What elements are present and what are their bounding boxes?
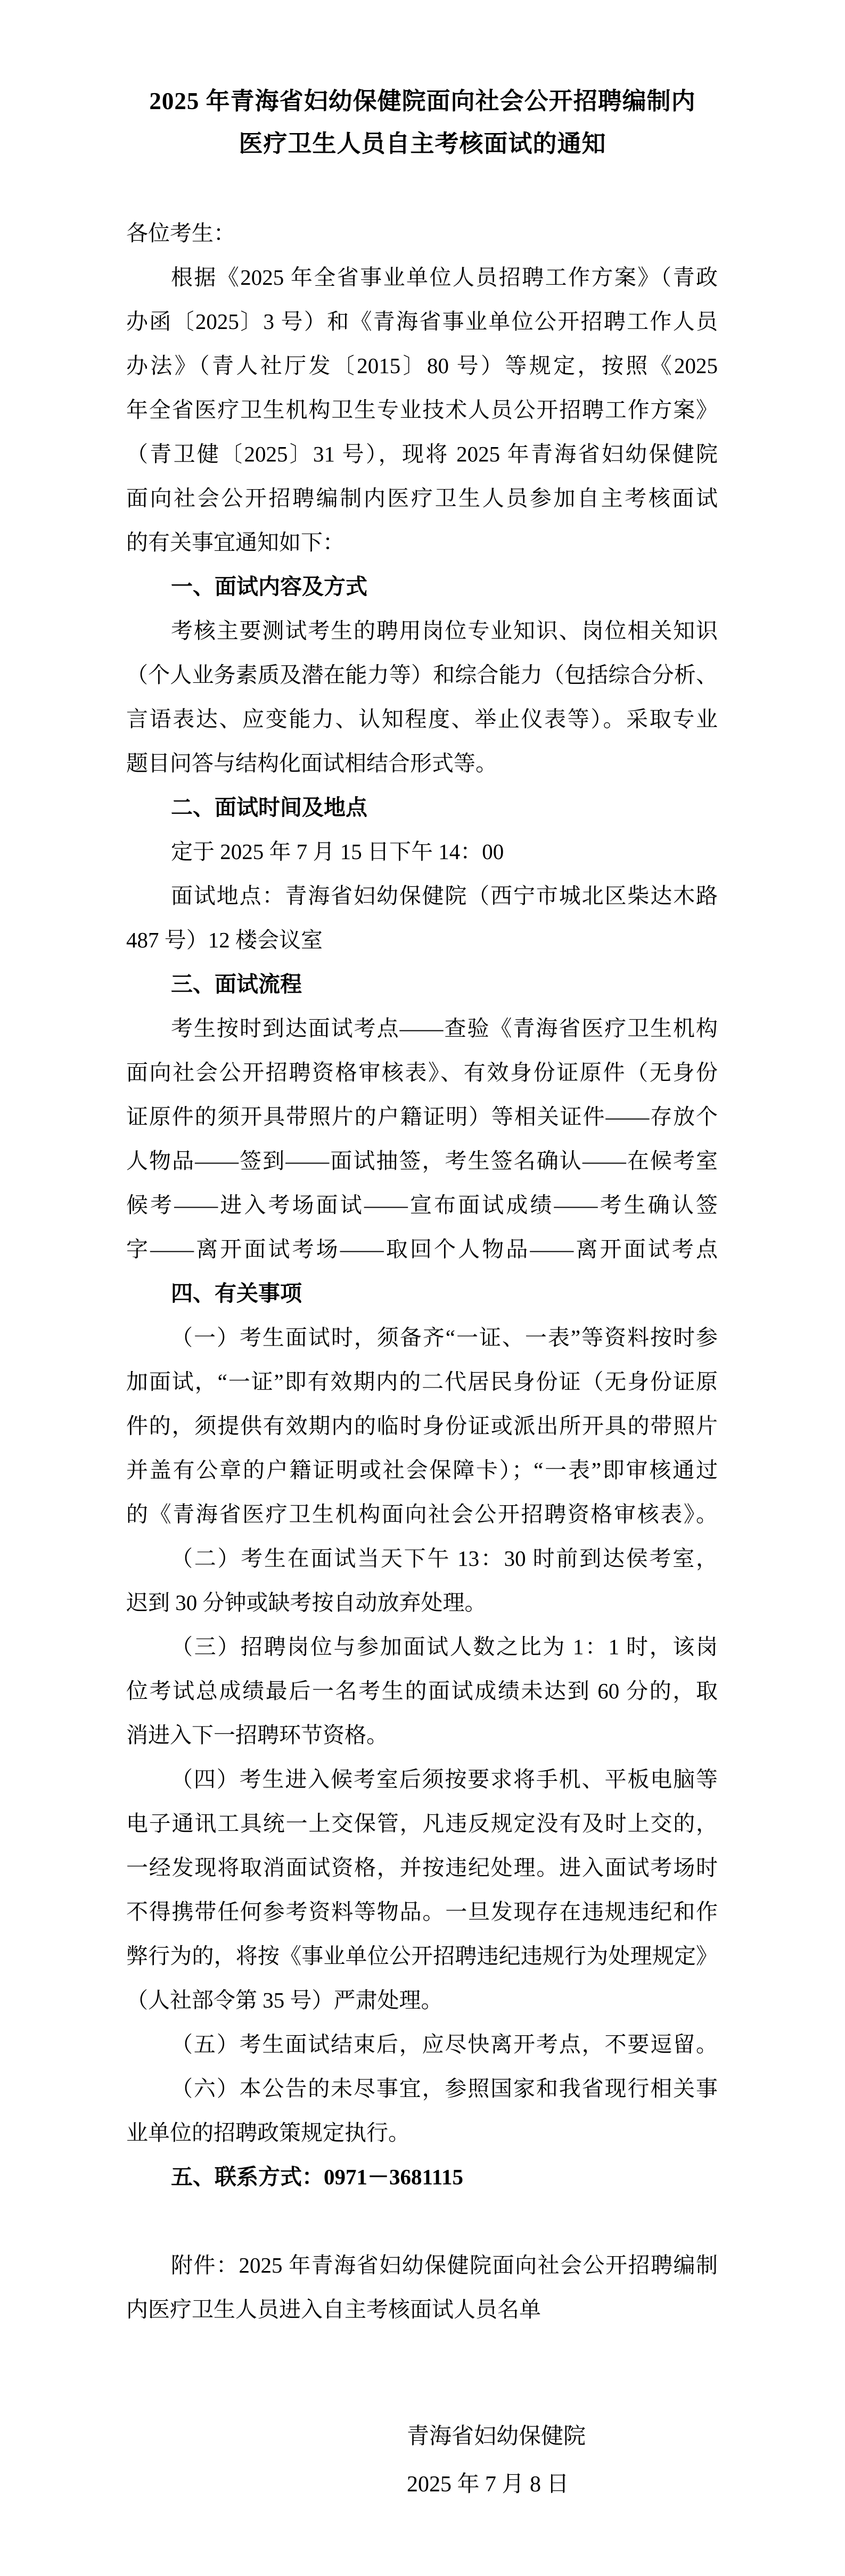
paragraph-line: 面向社会公开招聘编制内医疗卫生人员参加自主考核面试 [126,476,718,521]
paragraph-line: （五）考生面试结束后，应尽快离开考点，不要逗留。 [126,2022,718,2067]
paragraph-line: （三）招聘岗位与参加面试人数之比为 1：1 时，该岗 [126,1625,718,1669]
paragraph-line: 面向社会公开招聘资格审核表》、有效身份证原件（无身份 [126,1051,718,1095]
paragraph-line: 加面试，“一证”即有效期内的二代居民身份证（无身份证原 [126,1360,718,1404]
paragraph-line: 候考——进入考场面试——宣布面试成绩——考生确认签 [126,1183,718,1227]
interview-place-line: 面试地点：青海省妇幼保健院（西宁市城北区柴达木路 [126,874,718,918]
paragraph-line: 件的，须提供有效期内的临时身份证或派出所开具的带照片 [126,1404,718,1448]
interview-time-line: 定于 2025 年 7 月 15 日下午 14：00 [126,830,718,874]
section-2-heading: 二、面试时间及地点 [126,786,718,830]
paragraph-line: （四）考生进入候考室后须按要求将手机、平板电脑等 [126,1757,718,1802]
blank-line [126,2199,718,2243]
section-3-heading: 三、面试流程 [126,962,718,1006]
paragraph-line: 位考试总成绩最后一名考生的面试成绩未达到 60 分的，取 [126,1669,718,1713]
paragraph-line: 办法》（青人社厅发〔2015〕80 号）等规定，按照《2025 [126,344,718,388]
interview-place-line: 487 号）12 楼会议室 [126,918,718,962]
paragraph-line: 根据《2025 年全省事业单位人员招聘工作方案》（青政 [126,255,718,300]
paragraph-line: 言语表达、应变能力、认知程度、举止仪表等）。采取专业 [126,697,718,741]
paragraph-line: （青卫健〔2025〕31 号），现将 2025 年青海省妇幼保健院 [126,432,718,476]
notice-title: 2025 年青海省妇幼保健院面向社会公开招聘编制内 医疗卫生人员自主考核面试的通… [0,80,845,165]
notice-title-line-1: 2025 年青海省妇幼保健院面向社会公开招聘编制内 [0,80,845,122]
attachment-line: 内医疗卫生人员进入自主考核面试人员名单 [126,2288,718,2332]
paragraph-line: 消进入下一招聘环节资格。 [126,1713,718,1757]
salutation: 各位考生： [126,211,718,255]
paragraph-line: 字——离开面试考场——取回个人物品——离开面试考点 [126,1227,718,1272]
notice-body: 各位考生： 根据《2025 年全省事业单位人员招聘工作方案》（青政 办函〔202… [126,211,718,2332]
paragraph-line: （二）考生在面试当天下午 13：30 时前到达侯考室， [126,1537,718,1581]
paragraph-line: （人社部令第 35 号）严肃处理。 [126,1978,718,2022]
paragraph-line: 的有关事宜通知如下： [126,521,718,565]
paragraph-line: 考核主要测试考生的聘用岗位专业知识、岗位相关知识 [126,609,718,653]
paragraph-line: 题目问答与结构化面试相结合形式等。 [126,741,718,786]
paragraph-line: （个人业务素质及潜在能力等）和综合能力（包括综合分析、 [126,653,718,697]
paragraph-line: 弊行为的，将按《事业单位公开招聘违纪违规行为处理规定》 [126,1934,718,1978]
notice-document-page: 2025 年青海省妇幼保健院面向社会公开招聘编制内 医疗卫生人员自主考核面试的通… [0,0,845,2576]
paragraph-line: 一经发现将取消面试资格，并按违纪处理。进入面试考场时 [126,1846,718,1890]
paragraph-line: 迟到 30 分钟或缺考按自动放弃处理。 [126,1581,718,1625]
attachment-line: 附件：2025 年青海省妇幼保健院面向社会公开招聘编制 [126,2243,718,2288]
section-4-heading: 四、有关事项 [126,1272,718,1316]
signature-date: 2025 年 7 月 8 日 [407,2461,586,2508]
paragraph-line: 的《青海省医疗卫生机构面向社会公开招聘资格审核表》。 [126,1492,718,1537]
signature-block: 青海省妇幼保健院 2025 年 7 月 8 日 [407,2413,586,2508]
paragraph-line: 不得携带任何参考资料等物品。一旦发现存在违规违纪和作 [126,1890,718,1934]
paragraph-line: 办函〔2025〕3 号）和《青海省事业单位公开招聘工作人员 [126,300,718,344]
paragraph-line: 电子通讯工具统一上交保管，凡违反规定没有及时上交的， [126,1802,718,1846]
paragraph-line: 并盖有公章的户籍证明或社会保障卡）；“一表”即审核通过 [126,1448,718,1492]
notice-title-line-2: 医疗卫生人员自主考核面试的通知 [0,122,845,165]
signature-org: 青海省妇幼保健院 [407,2413,586,2461]
paragraph-line: 年全省医疗卫生机构卫生专业技术人员公开招聘工作方案》 [126,388,718,432]
paragraph-line: （六）本公告的未尽事宜，参照国家和我省现行相关事 [126,2067,718,2111]
paragraph-line: 考生按时到达面试考点——查验《青海省医疗卫生机构 [126,1006,718,1051]
paragraph-line: 业单位的招聘政策规定执行。 [126,2111,718,2155]
paragraph-line: 人物品——签到——面试抽签，考生签名确认——在候考室 [126,1139,718,1183]
paragraph-line: （一）考生面试时，须备齐“一证、一表”等资料按时参 [126,1316,718,1360]
paragraph-line: 证原件的须开具带照片的户籍证明）等相关证件——存放个 [126,1095,718,1139]
section-5-heading-contact: 五、联系方式：0971－3681115 [126,2155,718,2199]
section-1-heading: 一、面试内容及方式 [126,565,718,609]
